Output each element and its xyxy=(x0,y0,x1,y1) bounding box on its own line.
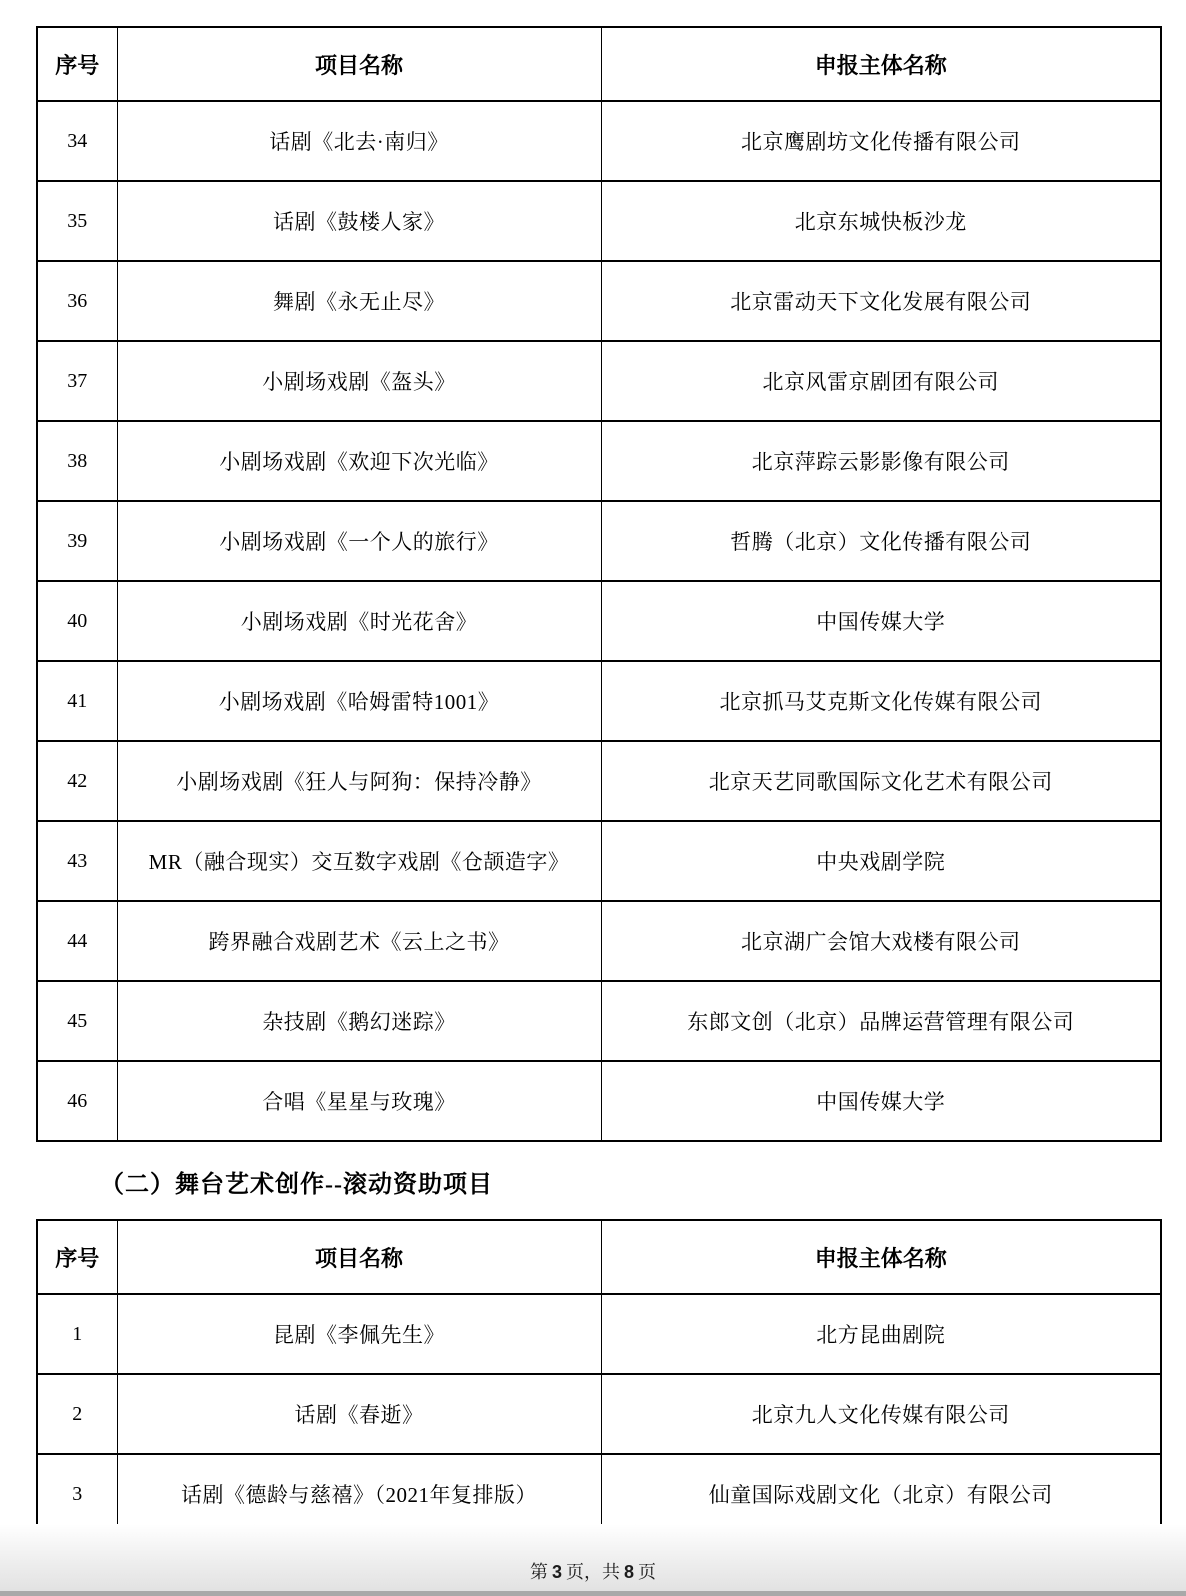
page-indicator-middle: 页，共 xyxy=(566,1562,620,1582)
section-heading: （二）舞台艺术创作--滚动资助项目 xyxy=(100,1164,1186,1199)
row-number-cell: 39 xyxy=(37,501,117,581)
row-number-cell: 38 xyxy=(37,421,117,501)
table-row: 34话剧《北去·南归》北京鹰剧坊文化传播有限公司 xyxy=(37,101,1161,181)
row-number-cell: 46 xyxy=(37,1061,117,1141)
project-name-cell: 跨界融合戏剧艺术《云上之书》 xyxy=(117,901,601,981)
table-row: 46合唱《星星与玫瑰》中国传媒大学 xyxy=(37,1061,1161,1141)
row-number-cell: 43 xyxy=(37,821,117,901)
row-number-cell: 1 xyxy=(37,1294,117,1374)
table-row: 38小剧场戏剧《欢迎下次光临》北京萍踪云影影像有限公司 xyxy=(37,421,1161,501)
column-header-0: 序号 xyxy=(37,1220,117,1294)
project-name-cell: 小剧场戏剧《哈姆雷特1001》 xyxy=(117,661,601,741)
current-page-number: 3 xyxy=(548,1562,566,1582)
applicant-name-cell: 北京雷动天下文化发展有限公司 xyxy=(601,261,1161,341)
project-name-cell: 小剧场戏剧《时光花舍》 xyxy=(117,581,601,661)
funded-projects-table: 序号项目名称申报主体名称34话剧《北去·南归》北京鹰剧坊文化传播有限公司35话剧… xyxy=(36,26,1162,1142)
page-indicator-prefix: 第 xyxy=(530,1562,548,1582)
document-body: 序号项目名称申报主体名称34话剧《北去·南归》北京鹰剧坊文化传播有限公司35话剧… xyxy=(0,0,1186,1535)
project-name-cell: 小剧场戏剧《欢迎下次光临》 xyxy=(117,421,601,501)
project-name-cell: 小剧场戏剧《盔头》 xyxy=(117,341,601,421)
project-name-cell: 话剧《德龄与慈禧》（2021年复排版） xyxy=(117,1454,601,1534)
page-indicator: 第3页，共8页 xyxy=(0,1558,1186,1584)
table-row: 43MR（融合现实）交互数字戏剧《仓颉造字》中央戏剧学院 xyxy=(37,821,1161,901)
applicant-name-cell: 北方昆曲剧院 xyxy=(601,1294,1161,1374)
project-name-cell: MR（融合现实）交互数字戏剧《仓颉造字》 xyxy=(117,821,601,901)
row-number-cell: 42 xyxy=(37,741,117,821)
row-number-cell: 36 xyxy=(37,261,117,341)
document-page: 序号项目名称申报主体名称34话剧《北去·南归》北京鹰剧坊文化传播有限公司35话剧… xyxy=(0,0,1186,1596)
row-number-cell: 44 xyxy=(37,901,117,981)
project-name-cell: 话剧《北去·南归》 xyxy=(117,101,601,181)
applicant-name-cell: 中国传媒大学 xyxy=(601,581,1161,661)
column-header-2: 申报主体名称 xyxy=(601,27,1161,101)
applicant-name-cell: 北京萍踪云影影像有限公司 xyxy=(601,421,1161,501)
table-row: 44跨界融合戏剧艺术《云上之书》北京湖广会馆大戏楼有限公司 xyxy=(37,901,1161,981)
project-name-cell: 话剧《春逝》 xyxy=(117,1374,601,1454)
row-number-cell: 34 xyxy=(37,101,117,181)
column-header-1: 项目名称 xyxy=(117,1220,601,1294)
table-row: 42小剧场戏剧《狂人与阿狗：保持冷静》北京天艺同歌国际文化艺术有限公司 xyxy=(37,741,1161,821)
rolling-funded-projects-table: 序号项目名称申报主体名称1昆剧《李佩先生》北方昆曲剧院2话剧《春逝》北京九人文化… xyxy=(36,1219,1162,1535)
row-number-cell: 37 xyxy=(37,341,117,421)
project-name-cell: 杂技剧《鹅幻迷踪》 xyxy=(117,981,601,1061)
row-number-cell: 3 xyxy=(37,1454,117,1534)
applicant-name-cell: 北京抓马艾克斯文化传媒有限公司 xyxy=(601,661,1161,741)
project-name-cell: 合唱《星星与玫瑰》 xyxy=(117,1061,601,1141)
project-name-cell: 小剧场戏剧《一个人的旅行》 xyxy=(117,501,601,581)
table-row: 40小剧场戏剧《时光花舍》中国传媒大学 xyxy=(37,581,1161,661)
row-number-cell: 40 xyxy=(37,581,117,661)
table-row: 39小剧场戏剧《一个人的旅行》哲腾（北京）文化传播有限公司 xyxy=(37,501,1161,581)
column-header-0: 序号 xyxy=(37,27,117,101)
column-header-2: 申报主体名称 xyxy=(601,1220,1161,1294)
row-number-cell: 41 xyxy=(37,661,117,741)
table-row: 37小剧场戏剧《盔头》北京风雷京剧团有限公司 xyxy=(37,341,1161,421)
table-row: 3话剧《德龄与慈禧》（2021年复排版）仙童国际戏剧文化（北京）有限公司 xyxy=(37,1454,1161,1534)
header-row: 序号项目名称申报主体名称 xyxy=(37,27,1161,101)
row-number-cell: 35 xyxy=(37,181,117,261)
project-name-cell: 小剧场戏剧《狂人与阿狗：保持冷静》 xyxy=(117,741,601,821)
row-number-cell: 2 xyxy=(37,1374,117,1454)
project-name-cell: 舞剧《永无止尽》 xyxy=(117,261,601,341)
table-row: 41小剧场戏剧《哈姆雷特1001》北京抓马艾克斯文化传媒有限公司 xyxy=(37,661,1161,741)
applicant-name-cell: 中国传媒大学 xyxy=(601,1061,1161,1141)
table-row: 2话剧《春逝》北京九人文化传媒有限公司 xyxy=(37,1374,1161,1454)
column-header-1: 项目名称 xyxy=(117,27,601,101)
applicant-name-cell: 北京风雷京剧团有限公司 xyxy=(601,341,1161,421)
applicant-name-cell: 中央戏剧学院 xyxy=(601,821,1161,901)
total-page-count: 8 xyxy=(620,1562,638,1582)
project-name-cell: 昆剧《李佩先生》 xyxy=(117,1294,601,1374)
header-row: 序号项目名称申报主体名称 xyxy=(37,1220,1161,1294)
applicant-name-cell: 仙童国际戏剧文化（北京）有限公司 xyxy=(601,1454,1161,1534)
table-row: 35话剧《鼓楼人家》北京东城快板沙龙 xyxy=(37,181,1161,261)
row-number-cell: 45 xyxy=(37,981,117,1061)
applicant-name-cell: 东郎文创（北京）品牌运营管理有限公司 xyxy=(601,981,1161,1061)
table-row: 45杂技剧《鹅幻迷踪》东郎文创（北京）品牌运营管理有限公司 xyxy=(37,981,1161,1061)
applicant-name-cell: 哲腾（北京）文化传播有限公司 xyxy=(601,501,1161,581)
applicant-name-cell: 北京湖广会馆大戏楼有限公司 xyxy=(601,901,1161,981)
applicant-name-cell: 北京鹰剧坊文化传播有限公司 xyxy=(601,101,1161,181)
applicant-name-cell: 北京东城快板沙龙 xyxy=(601,181,1161,261)
table-row: 36舞剧《永无止尽》北京雷动天下文化发展有限公司 xyxy=(37,261,1161,341)
page-indicator-suffix: 页 xyxy=(638,1562,656,1582)
project-name-cell: 话剧《鼓楼人家》 xyxy=(117,181,601,261)
applicant-name-cell: 北京九人文化传媒有限公司 xyxy=(601,1374,1161,1454)
table-row: 1昆剧《李佩先生》北方昆曲剧院 xyxy=(37,1294,1161,1374)
applicant-name-cell: 北京天艺同歌国际文化艺术有限公司 xyxy=(601,741,1161,821)
